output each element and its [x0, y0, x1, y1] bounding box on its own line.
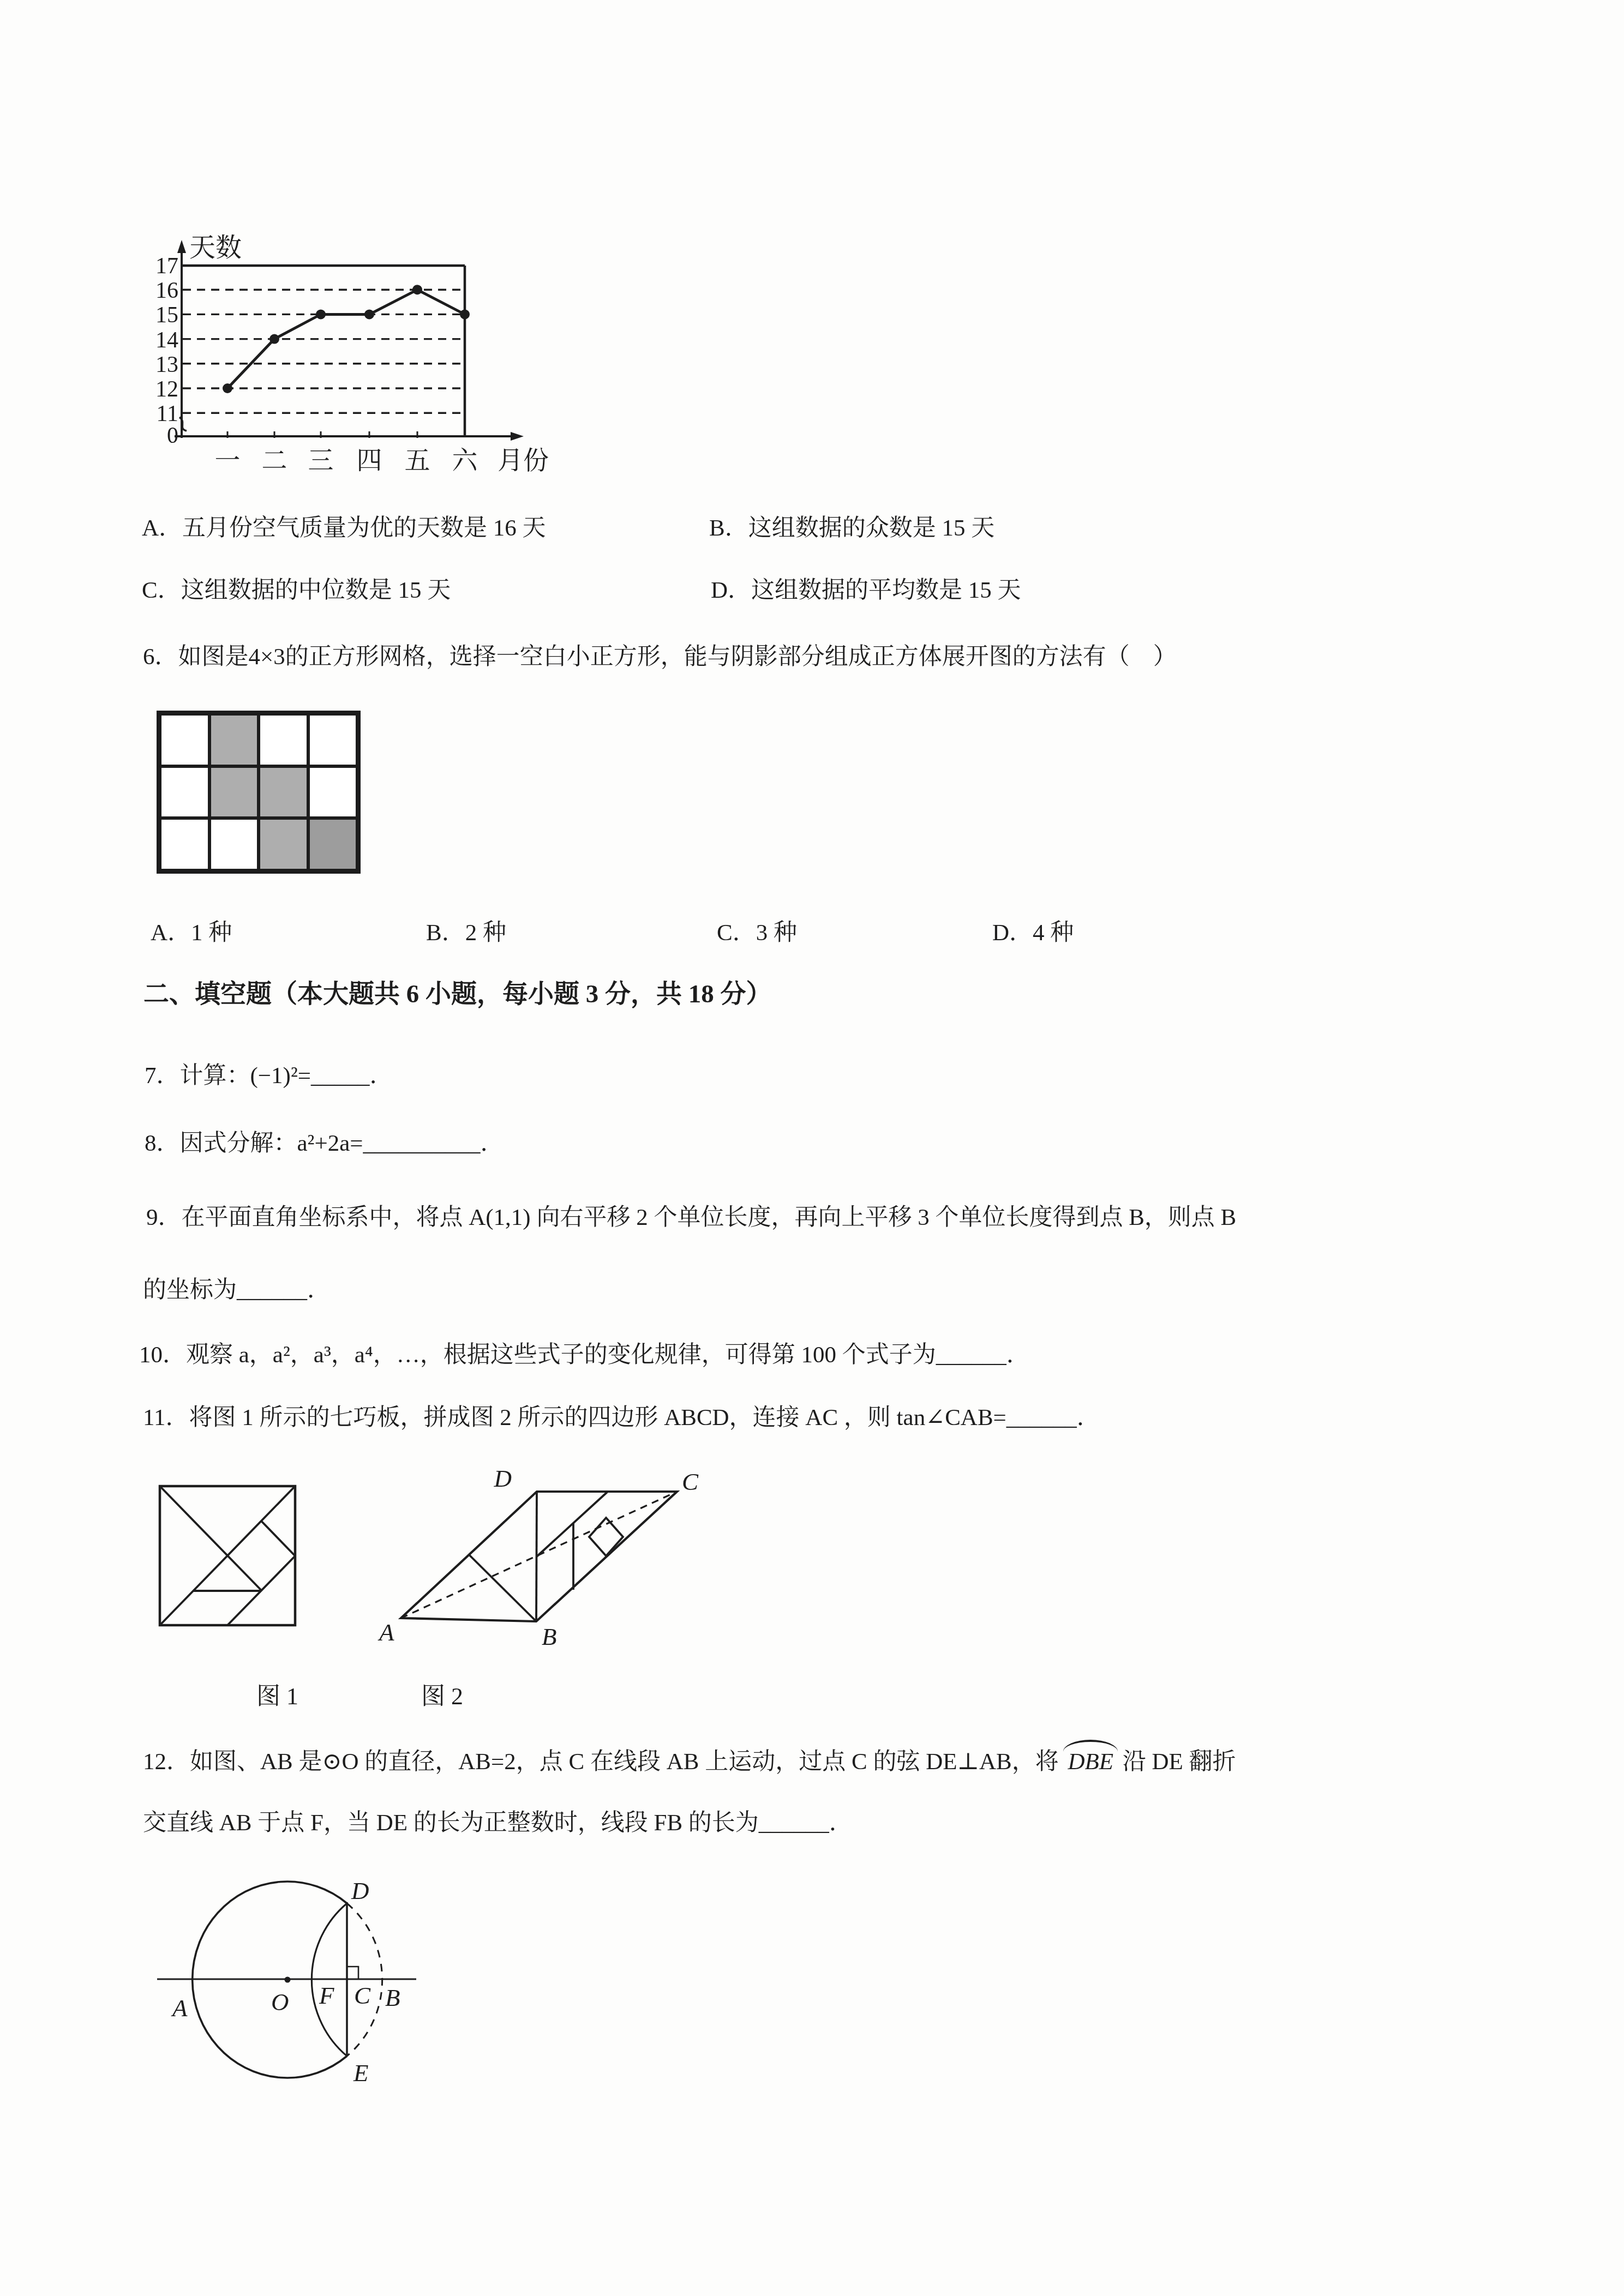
circle-label-o: O: [271, 1988, 289, 2016]
grid-cell-blank: [308, 714, 358, 766]
y-tick-label: 16: [155, 278, 178, 303]
question-7-text: 7．计算：(−1)²=_____．: [145, 1062, 393, 1089]
q5-option-a: A．五月份空气质量为优的天数是 16 天: [142, 515, 546, 542]
q6-option-d: D．4 种: [992, 919, 1074, 946]
right-angle-icon: [347, 1967, 358, 1979]
data-point: [269, 334, 279, 344]
grid-cell-blank: [308, 766, 358, 819]
q6-option-b: B．2 种: [426, 919, 506, 946]
x-axis-title: 月份: [498, 447, 549, 475]
axis-break-icon: [179, 417, 187, 431]
grid-cell-shaded: [209, 714, 259, 766]
x-tick-label: 二: [262, 447, 287, 475]
grid-cell-shaded: [259, 818, 308, 870]
y-tick-label: 13: [155, 352, 178, 377]
q12-text-pre: 12．如图、AB 是⊙O 的直径，AB=2，点 C 在线段 AB 上运动，过点 …: [143, 1749, 1064, 1775]
grid-cell-blank: [209, 818, 259, 870]
q6-option-a: A．1 种: [151, 919, 232, 946]
fig2-label-c: C: [682, 1468, 699, 1495]
fig2-label-b: B: [542, 1623, 557, 1650]
exam-page: 天数 月份 171615141312110一二三四五六 A．五月份空气质量为优的…: [0, 0, 1624, 2296]
x-axis-arrow-icon: [511, 432, 524, 441]
grid-cell-shaded: [308, 818, 358, 870]
q6-square-grid-figure: [157, 711, 361, 874]
question-11-text: 11．将图 1 所示的七巧板，拼成图 2 所示的四边形 ABCD，连接 AC ，…: [143, 1404, 1100, 1431]
air-quality-line-chart: 天数 月份 171615141312110一二三四五六: [117, 218, 570, 491]
tangram-parallelogram-figure: A B C D: [357, 1459, 706, 1655]
grid-cell-blank: [160, 766, 209, 819]
data-point: [412, 285, 422, 294]
y-origin-label: 0: [167, 423, 178, 448]
q5-option-d: D．这组数据的平均数是 15 天: [711, 577, 1021, 604]
question-12-line2: 交直线 AB 于点 F，当 DE 的长为正整数时，线段 FB 的长为______…: [143, 1810, 853, 1836]
x-tick-label: 三: [308, 447, 334, 475]
y-tick-label: 12: [155, 377, 178, 402]
y-tick-label: 17: [155, 254, 178, 279]
question-12-line1: 12．如图、AB 是⊙O 的直径，AB=2，点 C 在线段 AB 上运动，过点 …: [143, 1746, 1236, 1775]
grid-cell-blank: [259, 714, 308, 766]
y-axis-title: 天数: [189, 233, 242, 262]
question-6-text: 6．如图是4×3的正方形网格，选择一空白小正方形，能与阴影部分组成正方体展开图的…: [143, 644, 1177, 670]
question-8-text: 8．因式分解：a²+2a=__________．: [145, 1130, 504, 1157]
chart-plot-area: 171615141312110一二三四五六: [155, 254, 478, 475]
x-tick-label: 一: [215, 447, 241, 475]
circle-label-e: E: [353, 2059, 369, 2087]
grid-cell-shaded: [209, 766, 259, 819]
grid-cell-blank: [160, 714, 209, 766]
q12-text-post: 沿 DE 翻折: [1117, 1749, 1236, 1775]
data-point: [364, 309, 374, 319]
grid-cell-shaded: [259, 766, 308, 819]
question-9-line2: 的坐标为______．: [143, 1277, 331, 1303]
data-point: [316, 309, 326, 319]
arc-over-dbe: DBE: [1064, 1746, 1117, 1775]
x-tick-label: 五: [405, 447, 430, 475]
x-tick-label: 六: [452, 447, 478, 475]
circle-label-f: F: [319, 1982, 334, 2009]
q5-option-b: B．这组数据的众数是 15 天: [709, 515, 994, 542]
question-10-text: 10．观察 a，a²，a³，a⁴，…，根据这些式子的变化规律，可得第 100 个…: [139, 1342, 1030, 1368]
circle-label-d: D: [351, 1877, 369, 1904]
figure-2-caption: 图 2: [421, 1683, 463, 1711]
circle-label-a: A: [171, 1994, 188, 2022]
q6-option-c: C．3 种: [717, 919, 797, 946]
section-2-header: 二、填空题（本大题共 6 小题，每小题 3 分，共 18 分）: [143, 979, 772, 1009]
y-tick-label: 15: [155, 303, 178, 328]
data-point: [223, 383, 232, 393]
grid-cell-blank: [160, 818, 209, 870]
question-9-line1: 9．在平面直角坐标系中，将点 A(1,1) 向右平移 2 个单位长度，再向上平移…: [146, 1204, 1236, 1231]
circle-fold-figure: A O F C B D E: [128, 1852, 445, 2102]
circle-label-c: C: [354, 1982, 371, 2009]
tangram-square-figure: [150, 1478, 308, 1636]
circle-label-b: B: [385, 1984, 400, 2011]
fig2-label-a: A: [377, 1619, 394, 1646]
figure-1-caption: 图 1: [256, 1683, 298, 1711]
q5-option-c: C．这组数据的中位数是 15 天: [142, 577, 451, 604]
x-tick-label: 四: [357, 447, 382, 475]
center-o-dot: [285, 1977, 291, 1983]
data-point: [460, 309, 470, 319]
y-axis-arrow-icon: [177, 240, 186, 253]
y-tick-label: 14: [155, 328, 178, 353]
fig2-label-d: D: [494, 1465, 512, 1492]
